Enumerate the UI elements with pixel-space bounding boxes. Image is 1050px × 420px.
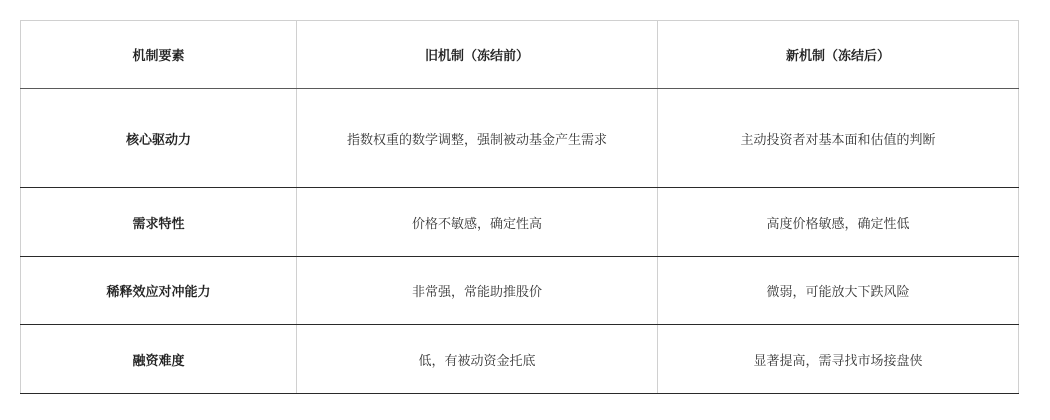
new-mechanism-cell: 高度价格敏感，确定性低 <box>658 188 1019 257</box>
header-new-mechanism: 新机制（冻结后） <box>658 21 1019 89</box>
old-mechanism-cell: 指数权重的数学调整，强制被动基金产生需求 <box>297 89 658 188</box>
comparison-table: 机制要素 旧机制（冻结前） 新机制（冻结后） 核心驱动力 指数权重的数学调整，强… <box>20 20 1019 394</box>
table-row: 核心驱动力 指数权重的数学调整，强制被动基金产生需求 主动投资者对基本面和估值的… <box>21 89 1019 188</box>
table-row: 融资难度 低，有被动资金托底 显著提高，需寻找市场接盘侠 <box>21 325 1019 394</box>
table-header-row: 机制要素 旧机制（冻结前） 新机制（冻结后） <box>21 21 1019 89</box>
row-label: 稀释效应对冲能力 <box>21 257 297 325</box>
header-old-mechanism: 旧机制（冻结前） <box>297 21 658 89</box>
new-mechanism-cell: 主动投资者对基本面和估值的判断 <box>658 89 1019 188</box>
header-mechanism-element: 机制要素 <box>21 21 297 89</box>
old-mechanism-cell: 价格不敏感，确定性高 <box>297 188 658 257</box>
row-label: 需求特性 <box>21 188 297 257</box>
new-mechanism-cell: 微弱，可能放大下跌风险 <box>658 257 1019 325</box>
new-mechanism-cell: 显著提高，需寻找市场接盘侠 <box>658 325 1019 394</box>
old-mechanism-cell: 非常强，常能助推股价 <box>297 257 658 325</box>
table-row: 需求特性 价格不敏感，确定性高 高度价格敏感，确定性低 <box>21 188 1019 257</box>
row-label: 融资难度 <box>21 325 297 394</box>
old-mechanism-cell: 低，有被动资金托底 <box>297 325 658 394</box>
table-row: 稀释效应对冲能力 非常强，常能助推股价 微弱，可能放大下跌风险 <box>21 257 1019 325</box>
row-label: 核心驱动力 <box>21 89 297 188</box>
